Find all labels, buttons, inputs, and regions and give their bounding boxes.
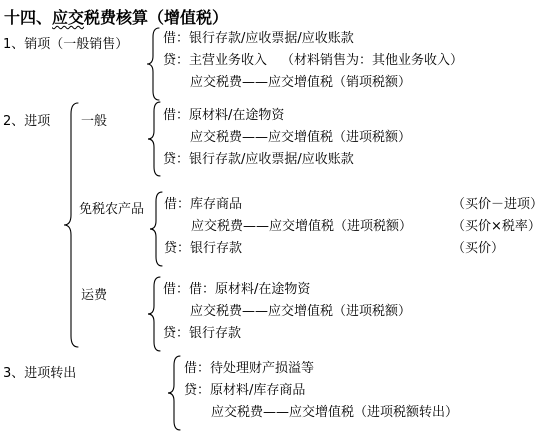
page-title: 十四、应交税费核算（增值税） <box>4 5 228 28</box>
subgroup-freight-entries: 借：借：原材料/在途物资 应交税费——应交增值税（进项税额） 贷：银行存款 <box>163 279 411 345</box>
entry-line: 贷：主营业务收入（材料销售为：其他业务收入） <box>163 50 463 72</box>
entry-line: 贷：原材料/库存商品 <box>184 380 458 402</box>
entry-text: 贷：主营业务收入 <box>163 53 267 68</box>
entry-line: 借：借：原材料/在途物资 <box>163 279 411 301</box>
price-annotation: （买价－进项） <box>452 194 543 216</box>
curly-brace <box>149 191 163 267</box>
curly-brace <box>167 355 181 431</box>
title-underlined-term: 应交 <box>52 8 84 27</box>
entry-line: 贷：银行存款/应收票据/应收账款 <box>163 149 411 171</box>
entry-note: （材料销售为：其他业务收入） <box>281 53 463 68</box>
section3-label: 3、进项转出 <box>3 362 76 381</box>
section1-label: 1、销项（一般销售） <box>3 33 128 52</box>
entry-line: 贷：银行存款 <box>163 323 411 345</box>
section1-entries: 借：银行存款/应收票据/应收账款 贷：主营业务收入（材料销售为：其他业务收入） … <box>163 28 463 94</box>
curly-brace <box>63 102 79 348</box>
price-annotation: （买价） <box>452 238 543 260</box>
entry-line: 借：库存商品 <box>164 194 412 216</box>
subgroup-farm-entries: 借：库存商品 应交税费——应交增值税（进项税额） 贷：银行存款 <box>164 194 412 260</box>
entry-line: 应交税费——应交增值税（进项税额） <box>163 127 411 149</box>
title-suffix: 税费核算（增值税） <box>84 8 228 27</box>
subgroup-general-entries: 借：原材料/在途物资 应交税费——应交增值税（进项税额） 贷：银行存款/应收票据… <box>163 105 411 171</box>
subgroup-freight-label: 运费 <box>81 284 107 303</box>
entry-line: 借：待处理财产损溢等 <box>184 358 458 380</box>
entry-line: 贷：银行存款 <box>164 238 412 260</box>
subgroup-farm-label: 免税农产品 <box>79 198 144 217</box>
entry-line: 应交税费——应交增值税（进项税额） <box>164 216 412 238</box>
entry-line: 借：银行存款/应收票据/应收账款 <box>163 28 463 50</box>
subgroup-general-label: 一般 <box>81 110 107 129</box>
curly-brace <box>147 276 161 352</box>
entry-line: 应交税费——应交增值税（进项税额转出） <box>184 402 458 424</box>
title-prefix: 十四、 <box>4 8 52 27</box>
curly-brace <box>146 27 160 101</box>
entry-line: 借：原材料/在途物资 <box>163 105 411 127</box>
entry-line: 应交税费——应交增值税（进项税额） <box>163 301 411 323</box>
section2-label: 2、进项 <box>3 110 50 129</box>
subgroup-farm-annotations: （买价－进项） （买价×税率） （买价） <box>452 194 543 260</box>
price-annotation: （买价×税率） <box>452 216 543 238</box>
entry-line: 应交税费——应交增值税（销项税额） <box>163 72 463 94</box>
curly-brace <box>147 101 161 177</box>
section3-entries: 借：待处理财产损溢等 贷：原材料/库存商品 应交税费——应交增值税（进项税额转出… <box>184 358 458 424</box>
